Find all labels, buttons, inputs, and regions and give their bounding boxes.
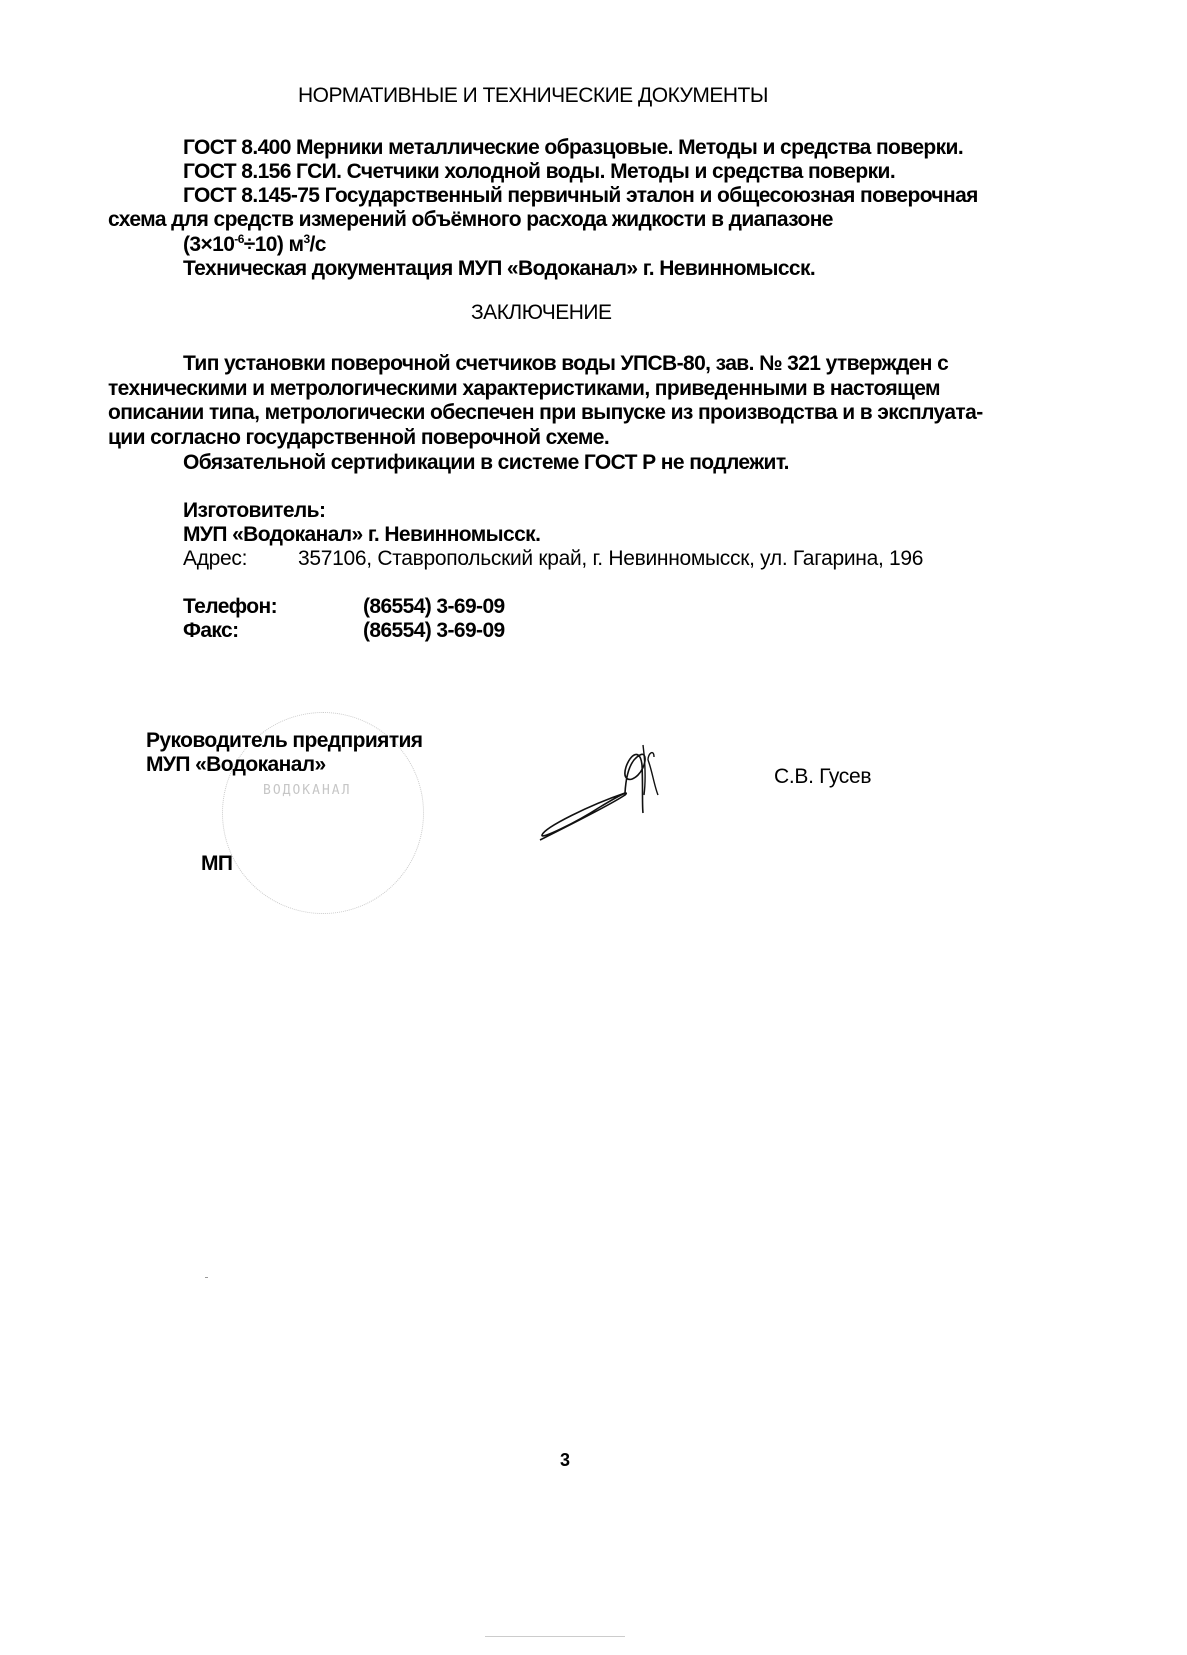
fax-value: (86554) 3-69-09 <box>363 619 505 642</box>
range-mid: ÷10) м <box>244 233 304 256</box>
address-row: Адрес:357106, Ставропольский край, г. Не… <box>183 547 923 571</box>
normative-item: ГОСТ 8.145-75 Государственный первичный … <box>183 184 978 208</box>
technical-documentation: Техническая документация МУП «Водоканал»… <box>183 257 815 281</box>
normative-item: ГОСТ 8.156 ГСИ. Счетчики холодной воды. … <box>183 160 895 184</box>
stamp-place-label: МП <box>201 852 232 876</box>
page-number: 3 <box>560 1450 570 1471</box>
normative-item-continuation: схема для средств измерений объёмного ра… <box>108 208 833 232</box>
signer-position: Руководитель предприятия <box>146 729 422 753</box>
range-prefix: (3×10 <box>183 233 234 256</box>
range-exponent: -6 <box>234 232 243 246</box>
certification-note: Обязательной сертификации в системе ГОСТ… <box>183 451 789 475</box>
scan-artifact <box>205 1277 208 1278</box>
conclusion-line: описании типа, метрологически обеспечен … <box>108 401 983 425</box>
measurement-range: (3×10-6÷10) м3/с <box>183 233 326 257</box>
document-page: НОРМАТИВНЫЕ И ТЕХНИЧЕСКИЕ ДОКУМЕНТЫ ГОСТ… <box>0 0 1187 1655</box>
manufacturer-name: МУП «Водоканал» г. Невинномысск. <box>183 523 540 547</box>
address-value: 357106, Ставропольский край, г. Невинном… <box>298 547 923 570</box>
section-title-conclusion: ЗАКЛЮЧЕНИЕ <box>471 301 612 325</box>
phone-value: (86554) 3-69-09 <box>363 595 505 618</box>
signer-organization: МУП «Водоканал» <box>146 753 326 777</box>
conclusion-line: Тип установки поверочной счетчиков воды … <box>183 352 948 376</box>
scan-artifact <box>485 1636 625 1637</box>
conclusion-line: техническими и метрологическими характер… <box>108 377 940 401</box>
range-suffix: /с <box>310 233 326 256</box>
section-title-normative-documents: НОРМАТИВНЫЕ И ТЕХНИЧЕСКИЕ ДОКУМЕНТЫ <box>298 84 768 108</box>
signer-name: С.В. Гусев <box>774 765 871 789</box>
phone-label: Телефон: <box>183 595 363 619</box>
address-label: Адрес: <box>183 547 298 571</box>
fax-label: Факс: <box>183 619 363 643</box>
phone-row: Телефон:(86554) 3-69-09 <box>183 595 505 619</box>
manufacturer-label: Изготовитель: <box>183 499 325 523</box>
conclusion-line: ции согласно государственной поверочной … <box>108 426 609 450</box>
stamp-text: ВОДОКАНАЛ <box>263 783 403 798</box>
fax-row: Факс:(86554) 3-69-09 <box>183 619 505 643</box>
handwritten-signature-icon <box>530 735 700 855</box>
normative-item: ГОСТ 8.400 Мерники металлические образцо… <box>183 136 963 160</box>
